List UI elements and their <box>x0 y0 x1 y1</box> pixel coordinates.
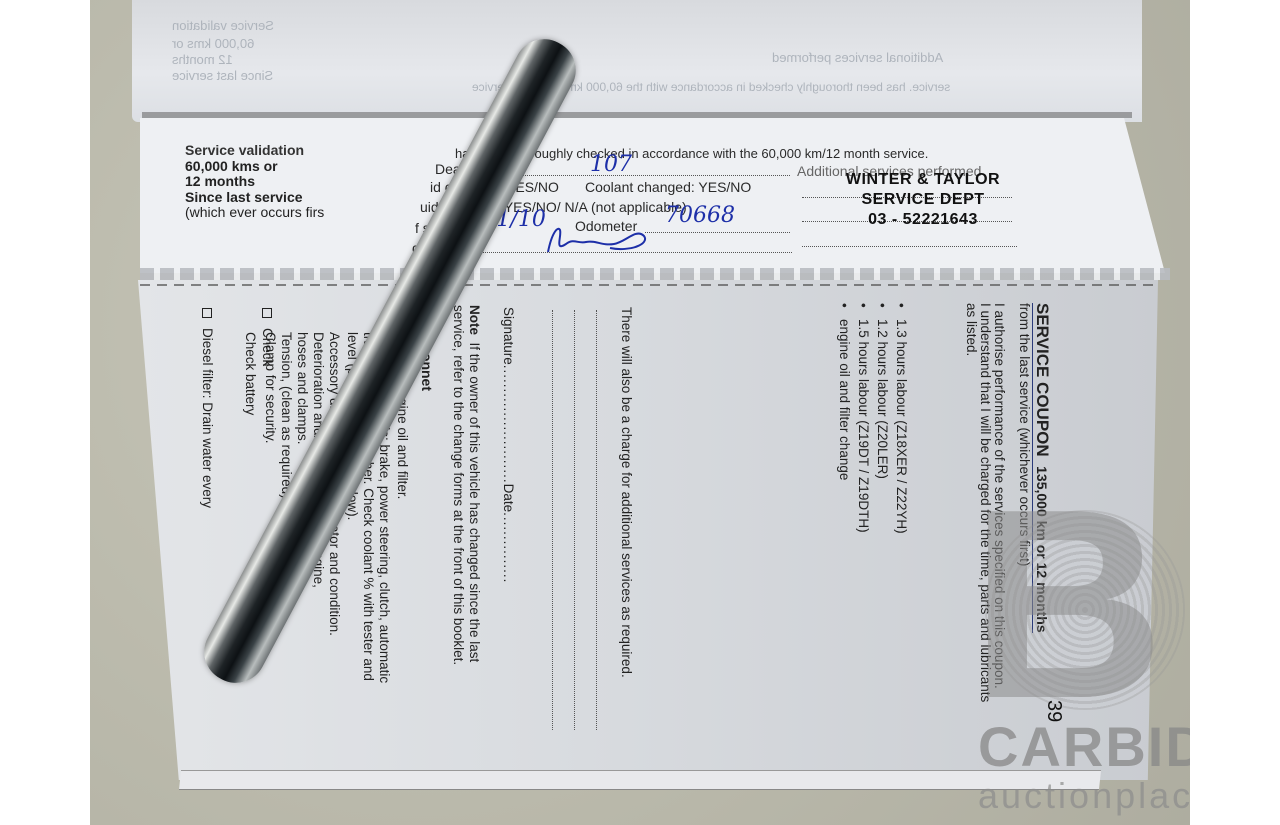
validation-heading: Service validation <box>185 143 324 159</box>
bullet-item: • 1.5 hours labour (Z19DT / Z19DTH) <box>856 303 871 533</box>
checkbox-icon[interactable] <box>262 308 272 318</box>
odometer-value: 70668 <box>665 203 735 228</box>
left-item-text: Diesel filter: Drain water every <box>200 328 215 508</box>
note-line-1: Note If the owner of this vehicle has ch… <box>467 305 482 662</box>
additional-service-line <box>596 310 597 730</box>
left-check-item: Diesel filter: Drain water every <box>200 308 215 508</box>
left-item-text: Check <box>260 328 275 366</box>
mirror-text: Since last service <box>172 68 273 83</box>
dealer-field-line <box>490 175 790 176</box>
stamp-line-2: SERVICE DEPT <box>808 190 1038 210</box>
validation-since: Since last service <box>185 190 324 206</box>
additional-service-line <box>574 310 575 730</box>
torn-edge <box>140 268 1170 280</box>
bullet-item: • 1.2 hours labour (Z20LER) <box>875 303 890 479</box>
validation-months: 12 months <box>185 174 324 190</box>
bullet-item: • 1.3 hours labour (Z18XER / Z22YH) <box>894 303 909 534</box>
carbids-tagline: auctionplace <box>978 775 1190 817</box>
odometer-field-line <box>645 232 790 233</box>
bullet-text: 1.5 hours labour (Z19DT / Z19DTH) <box>856 319 871 533</box>
authorise-line-3: as listed. <box>964 303 979 356</box>
left-check-item: Check <box>260 308 275 366</box>
bullet-text: 1.2 hours labour (Z20LER) <box>875 319 890 479</box>
note-line-2: service, refer to the change forms at th… <box>451 305 466 665</box>
mirror-text: 12 months <box>172 52 233 67</box>
mirror-text: Additional services performed <box>772 50 943 65</box>
checkbox-icon[interactable] <box>202 308 212 318</box>
date-label: Date <box>501 484 516 513</box>
bullet-text: 1.3 hours labour (Z18XER / Z22YH) <box>894 319 909 534</box>
dealer-stamp: WINTER & TAYLOR SERVICE DEPT 03 - 522216… <box>808 170 1038 230</box>
signature-date-row: Signature.........................Date..… <box>501 307 516 583</box>
coolant-changed: Coolant changed: YES/NO <box>585 179 751 195</box>
note-text-1: If the owner of this vehicle has changed… <box>467 343 482 663</box>
mirror-text: Service validation <box>172 18 274 33</box>
checklist-item: hoses and clamps. <box>295 332 310 445</box>
stamp-line-1: WINTER & TAYLOR <box>808 170 1038 190</box>
note-label: Note <box>467 305 482 335</box>
carbids-logo-letter: B <box>970 505 1165 705</box>
mirror-text: 60,000 kms or <box>172 36 254 51</box>
stamp-line-3: 03 - 52221643 <box>808 210 1038 230</box>
carbids-brand: CARBIDS <box>978 714 1190 779</box>
handwritten-signature <box>540 222 650 258</box>
validation-heading-block: Service validation 60,000 kms or 12 mont… <box>185 143 324 221</box>
service-booklet-photo: Service validation 60,000 kms or 12 mont… <box>90 0 1190 825</box>
additional-line-3 <box>802 246 1017 247</box>
left-check-item: Check battery <box>243 332 258 415</box>
signature-label: Signature <box>501 307 516 365</box>
validation-km: 60,000 kms or <box>185 159 324 175</box>
booklet-spine <box>142 112 1132 118</box>
back-page: Service validation 60,000 kms or 12 mont… <box>132 0 1142 122</box>
bullet-text: engine oil and filter change <box>837 319 852 480</box>
dealer-value: 107 <box>590 152 632 177</box>
additional-service-line <box>552 310 553 730</box>
additional-charge-note: There will also be a charge for addition… <box>619 307 634 678</box>
page-stack-edge <box>179 770 1101 790</box>
perforation-line <box>140 284 1160 286</box>
validation-note: (which ever occurs firs <box>185 205 324 221</box>
bullet-item: • engine oil and filter change <box>837 303 852 480</box>
coupon-title: SERVICE COUPON <box>1033 303 1052 457</box>
checklist-item: Tension, (clean as required). <box>279 332 294 502</box>
